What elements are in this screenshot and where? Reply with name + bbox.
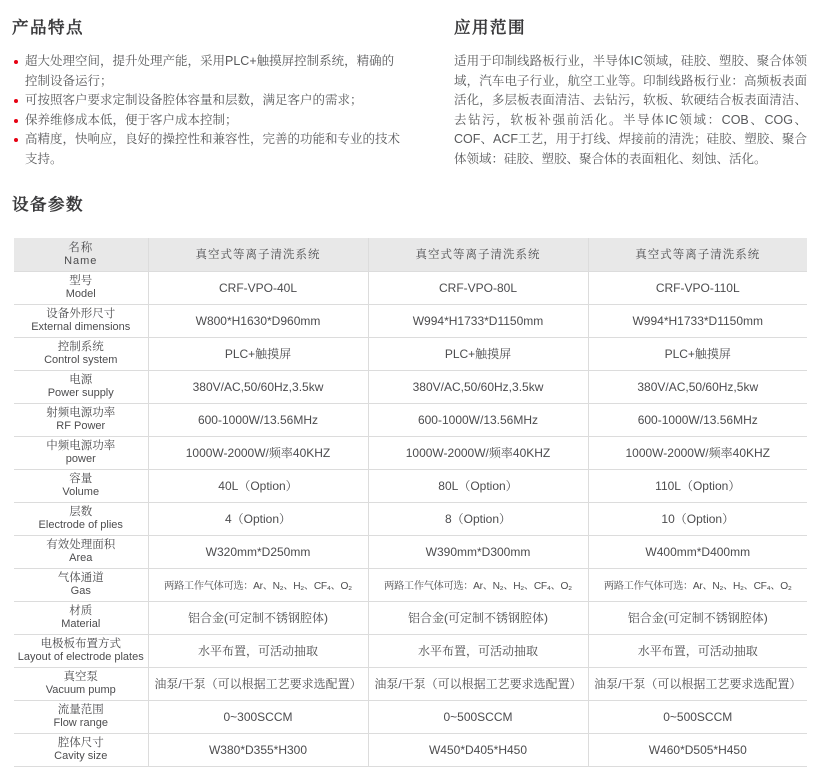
applications-text: 适用于印制线路板行业，半导体IC领域，硅胶、塑胶、聚合体领域，汽车电子行业，航空…	[454, 52, 807, 169]
param-value-cell: 380V/AC,50/60Hz,3.5kw	[148, 370, 368, 403]
param-label-cell: 电极板布置方式 Layout of electrode plates	[14, 634, 148, 667]
param-value-cell: 1000W-2000W/频率40KHZ	[148, 436, 368, 469]
param-value-cell: 4（Option）	[148, 502, 368, 535]
param-value-cell: 380V/AC,50/60Hz,3.5kw	[368, 370, 588, 403]
param-label-cn: 电源	[16, 373, 146, 387]
table-row: 真空泵 Vacuum pump 油泵/干泵（可以根据工艺要求选配置） 油泵/干泵…	[14, 667, 807, 700]
param-value-cell: 600-1000W/13.56MHz	[148, 403, 368, 436]
list-item: 保养维修成本低，便于客户成本控制；	[12, 111, 401, 131]
param-value-cell: W380*D355*H300	[148, 733, 368, 766]
param-label-cell: 设备外形尺寸 External dimensions	[14, 304, 148, 337]
table-row: 流量范围 Flow range 0~300SCCM 0~500SCCM 0~50…	[14, 700, 807, 733]
param-value-cell: 600-1000W/13.56MHz	[368, 403, 588, 436]
param-label-cn: 真空泵	[16, 670, 146, 684]
param-label-cn: 流量范围	[16, 703, 146, 717]
param-label-en: Name	[16, 255, 146, 268]
top-section: 产品特点 超大处理空间，提升处理产能，采用PLC+触摸屏控制系统，精确的控制设备…	[12, 14, 807, 169]
param-value-cell: 80L（Option）	[368, 469, 588, 502]
param-value-cell: 0~500SCCM	[368, 700, 588, 733]
param-label-cn: 层数	[16, 505, 146, 519]
param-label-en: Model	[16, 288, 146, 301]
param-label-en: External dimensions	[16, 321, 146, 334]
param-value-cell: 铝合金(可定制不锈钢腔体)	[588, 601, 807, 634]
features-list: 超大处理空间，提升处理产能，采用PLC+触摸屏控制系统，精确的控制设备运行； 可…	[12, 52, 401, 169]
param-label-cell: 有效处理面积 Area	[14, 535, 148, 568]
param-label-cell: 流量范围 Flow range	[14, 700, 148, 733]
feature-text: 可按照客户要求定制设备腔体容量和层数，满足客户的需求；	[25, 91, 401, 111]
param-label-cn: 有效处理面积	[16, 538, 146, 552]
param-label-cell: 名称 Name	[14, 238, 148, 271]
table-row: 有效处理面积 Area W320mm*D250mm W390mm*D300mm …	[14, 535, 807, 568]
param-value-cell: W994*H1733*D1150mm	[588, 304, 807, 337]
param-value-cell: W320mm*D250mm	[148, 535, 368, 568]
param-value-cell: 铝合金(可定制不锈钢腔体)	[148, 601, 368, 634]
applications-title: 应用范围	[454, 14, 807, 38]
param-label-cn: 气体通道	[16, 571, 146, 585]
feature-text: 保养维修成本低，便于客户成本控制；	[25, 111, 401, 131]
param-value-cell: 真空式等离子清洗系统	[588, 238, 807, 271]
param-value-cell: 1000W-2000W/频率40KHZ	[588, 436, 807, 469]
param-label-en: Volume	[16, 486, 146, 499]
param-label-cn: 射频电源功率	[16, 406, 146, 420]
param-label-cn: 中频电源功率	[16, 439, 146, 453]
param-label-cn: 电极板布置方式	[16, 637, 146, 651]
param-label-en: Cavity size	[16, 750, 146, 763]
parameters-table-body: 名称 Name 真空式等离子清洗系统 真空式等离子清洗系统 真空式等离子清洗系统…	[14, 238, 807, 766]
param-value-cell: 铝合金(可定制不锈钢腔体)	[368, 601, 588, 634]
param-value-cell: 110L（Option）	[588, 469, 807, 502]
param-label-en: Electrode of plies	[16, 519, 146, 532]
list-item: 高精度，快响应，良好的操控性和兼容性，完善的功能和专业的技术支持。	[12, 130, 401, 169]
param-value-cell: W390mm*D300mm	[368, 535, 588, 568]
param-value-cell: 8（Option）	[368, 502, 588, 535]
page-container: 产品特点 超大处理空间，提升处理产能，采用PLC+触摸屏控制系统，精确的控制设备…	[0, 0, 821, 770]
param-label-cn: 名称	[16, 241, 146, 255]
table-row: 电源 Power supply 380V/AC,50/60Hz,3.5kw 38…	[14, 370, 807, 403]
param-label-en: Flow range	[16, 717, 146, 730]
param-value-cell: 水平布置，可活动抽取	[588, 634, 807, 667]
parameters-table: 名称 Name 真空式等离子清洗系统 真空式等离子清洗系统 真空式等离子清洗系统…	[14, 238, 807, 767]
param-value-cell: 两路工作气体可选：Ar、N₂、H₂、CF₄、O₂	[368, 568, 588, 601]
param-label-cell: 材质 Material	[14, 601, 148, 634]
param-value-cell: 水平布置，可活动抽取	[148, 634, 368, 667]
param-label-en: Power supply	[16, 387, 146, 400]
param-label-cell: 中频电源功率 power	[14, 436, 148, 469]
param-value-cell: CRF-VPO-40L	[148, 271, 368, 304]
param-value-cell: 水平布置，可活动抽取	[368, 634, 588, 667]
param-label-cn: 设备外形尺寸	[16, 307, 146, 321]
bullet-dot-icon	[14, 138, 18, 142]
param-value-cell: 1000W-2000W/频率40KHZ	[368, 436, 588, 469]
param-value-cell: CRF-VPO-80L	[368, 271, 588, 304]
feature-text: 超大处理空间，提升处理产能，采用PLC+触摸屏控制系统，精确的控制设备运行；	[25, 52, 401, 91]
param-value-cell: W450*D405*H450	[368, 733, 588, 766]
list-item: 可按照客户要求定制设备腔体容量和层数，满足客户的需求；	[12, 91, 401, 111]
param-value-cell: 油泵/干泵（可以根据工艺要求选配置）	[588, 667, 807, 700]
param-value-cell: 600-1000W/13.56MHz	[588, 403, 807, 436]
param-value-cell: 0~500SCCM	[588, 700, 807, 733]
table-row: 名称 Name 真空式等离子清洗系统 真空式等离子清洗系统 真空式等离子清洗系统	[14, 238, 807, 271]
param-value-cell: CRF-VPO-110L	[588, 271, 807, 304]
table-row: 电极板布置方式 Layout of electrode plates 水平布置，…	[14, 634, 807, 667]
feature-text: 高精度，快响应，良好的操控性和兼容性，完善的功能和专业的技术支持。	[25, 130, 401, 169]
param-label-en: Control system	[16, 354, 146, 367]
table-row: 材质 Material 铝合金(可定制不锈钢腔体) 铝合金(可定制不锈钢腔体) …	[14, 601, 807, 634]
param-label-cell: 电源 Power supply	[14, 370, 148, 403]
param-label-cn: 容量	[16, 472, 146, 486]
param-label-en: Layout of electrode plates	[16, 651, 146, 664]
param-value-cell: 油泵/干泵（可以根据工艺要求选配置）	[368, 667, 588, 700]
table-row: 气体通道 Gas 两路工作气体可选：Ar、N₂、H₂、CF₄、O₂ 两路工作气体…	[14, 568, 807, 601]
param-value-cell: PLC+触摸屏	[148, 337, 368, 370]
param-label-cn: 型号	[16, 274, 146, 288]
param-label-cell: 射频电源功率 RF Power	[14, 403, 148, 436]
param-value-cell: PLC+触摸屏	[588, 337, 807, 370]
param-value-cell: 真空式等离子清洗系统	[368, 238, 588, 271]
table-row: 控制系统 Control system PLC+触摸屏 PLC+触摸屏 PLC+…	[14, 337, 807, 370]
table-row: 设备外形尺寸 External dimensions W800*H1630*D9…	[14, 304, 807, 337]
applications-section: 应用范围 适用于印制线路板行业，半导体IC领域，硅胶、塑胶、聚合体领域，汽车电子…	[454, 14, 807, 169]
table-row: 层数 Electrode of plies 4（Option） 8（Option…	[14, 502, 807, 535]
param-label-cn: 控制系统	[16, 340, 146, 354]
param-value-cell: 40L（Option）	[148, 469, 368, 502]
param-value-cell: W460*D505*H450	[588, 733, 807, 766]
table-row: 型号 Model CRF-VPO-40L CRF-VPO-80L CRF-VPO…	[14, 271, 807, 304]
param-value-cell: PLC+触摸屏	[368, 337, 588, 370]
param-label-en: Vacuum pump	[16, 684, 146, 697]
table-row: 容量 Volume 40L（Option） 80L（Option） 110L（O…	[14, 469, 807, 502]
param-value-cell: 10（Option）	[588, 502, 807, 535]
list-item: 超大处理空间，提升处理产能，采用PLC+触摸屏控制系统，精确的控制设备运行；	[12, 52, 401, 91]
param-label-en: Material	[16, 618, 146, 631]
param-label-cell: 腔体尺寸 Cavity size	[14, 733, 148, 766]
bullet-dot-icon	[14, 119, 18, 123]
param-value-cell: 真空式等离子清洗系统	[148, 238, 368, 271]
param-value-cell: 380V/AC,50/60Hz,5kw	[588, 370, 807, 403]
param-label-cell: 容量 Volume	[14, 469, 148, 502]
bullet-dot-icon	[14, 99, 18, 103]
param-value-cell: 两路工作气体可选：Ar、N₂、H₂、CF₄、O₂	[148, 568, 368, 601]
table-row: 射频电源功率 RF Power 600-1000W/13.56MHz 600-1…	[14, 403, 807, 436]
param-label-cell: 控制系统 Control system	[14, 337, 148, 370]
bullet-dot-icon	[14, 60, 18, 64]
param-value-cell: W400mm*D400mm	[588, 535, 807, 568]
param-value-cell: W800*H1630*D960mm	[148, 304, 368, 337]
param-label-cn: 腔体尺寸	[16, 736, 146, 750]
param-label-en: Area	[16, 552, 146, 565]
param-label-cell: 层数 Electrode of plies	[14, 502, 148, 535]
param-value-cell: W994*H1733*D1150mm	[368, 304, 588, 337]
param-value-cell: 油泵/干泵（可以根据工艺要求选配置）	[148, 667, 368, 700]
param-label-en: power	[16, 453, 146, 466]
param-label-cell: 真空泵 Vacuum pump	[14, 667, 148, 700]
table-row: 腔体尺寸 Cavity size W380*D355*H300 W450*D40…	[14, 733, 807, 766]
param-value-cell: 两路工作气体可选：Ar、N₂、H₂、CF₄、O₂	[588, 568, 807, 601]
param-label-en: RF Power	[16, 420, 146, 433]
parameters-title: 设备参数	[12, 191, 807, 215]
table-row: 中频电源功率 power 1000W-2000W/频率40KHZ 1000W-2…	[14, 436, 807, 469]
param-value-cell: 0~300SCCM	[148, 700, 368, 733]
param-label-cell: 型号 Model	[14, 271, 148, 304]
features-section: 产品特点 超大处理空间，提升处理产能，采用PLC+触摸屏控制系统，精确的控制设备…	[12, 14, 401, 169]
param-label-en: Gas	[16, 585, 146, 598]
param-label-cn: 材质	[16, 604, 146, 618]
features-title: 产品特点	[12, 14, 401, 38]
param-label-cell: 气体通道 Gas	[14, 568, 148, 601]
